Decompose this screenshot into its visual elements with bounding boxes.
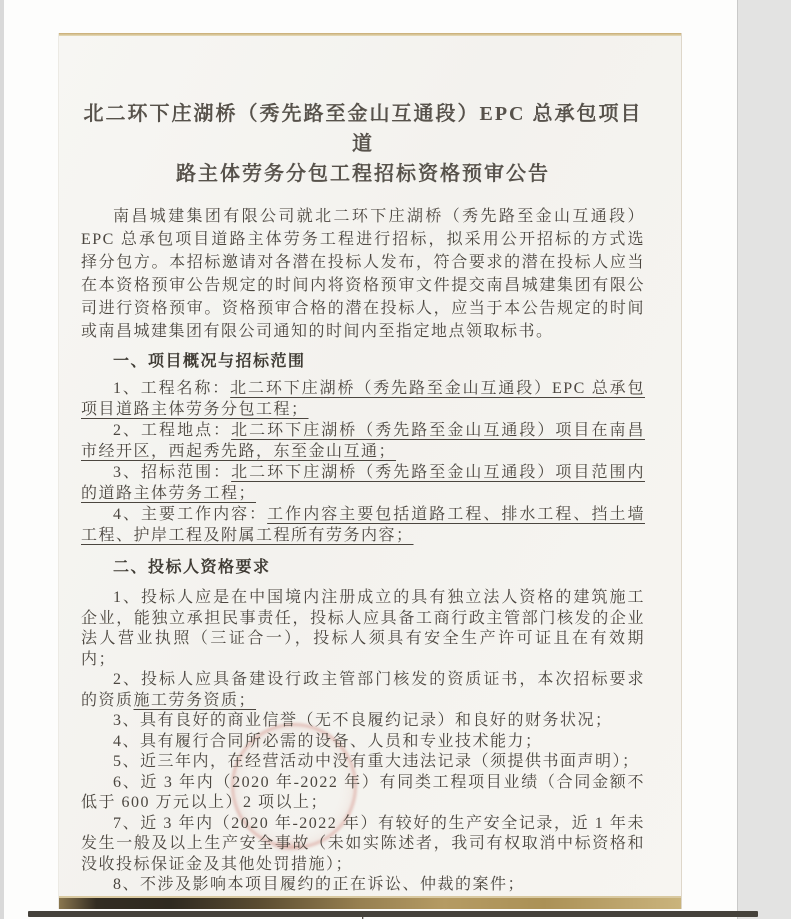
document-title: 北二环下庄湖桥（秀先路至金山互通段）EPC 总承包项目道 路主体劳务分包工程招标… <box>81 99 645 189</box>
section2-item-5: 5、近三年内，在经营活动中没有重大违法记录（须提供书面声明）； <box>81 752 645 773</box>
scan-left-edge <box>0 0 4 919</box>
scan-bottom-edge <box>28 911 758 917</box>
section2-item-2: 2、投标人应具备建设行政主管部门核发的资质证书，本次招标要求的资质施工劳务资质； <box>81 670 645 711</box>
document-title-line1: 北二环下庄湖桥（秀先路至金山互通段）EPC 总承包项目道 <box>81 99 645 159</box>
item-label: 3、招标范围： <box>113 464 231 481</box>
section2-item-1: 1、投标人应是在中国境内注册成立的具有独立法人资格的建筑施工企业，能独立承担民事… <box>81 588 645 670</box>
section2-item-4: 4、具有履行合同所必需的设备、人员和专业技术能力； <box>81 732 645 753</box>
item-label: 2、工程地点： <box>113 422 231 439</box>
section1-item-3: 3、招标范围：北二环下庄湖桥（秀先路至金山互通段）项目范围内的道路主体劳务工程； <box>81 462 645 504</box>
section1-heading: 一、项目概况与招标范围 <box>81 351 645 373</box>
section2-item-7: 7、近 3 年内（2020 年-2022 年）有较好的生产安全记录，近 1 年未… <box>81 814 645 876</box>
section2-item-8: 8、不涉及影响本项目履约的正在诉讼、仲裁的案件； <box>81 875 645 896</box>
scanned-page: 北二环下庄湖桥（秀先路至金山互通段）EPC 总承包项目道 路主体劳务分包工程招标… <box>58 33 682 909</box>
section1-item-4: 4、主要工作内容：工作内容主要包括道路工程、排水工程、挡土墙工程、护岸工程及附属… <box>81 504 645 546</box>
section1-item-1: 1、工程名称：北二环下庄湖桥（秀先路至金山互通段）EPC 总承包项目道路主体劳务… <box>81 378 645 420</box>
section1-item-2: 2、工程地点：北二环下庄湖桥（秀先路至金山互通段）项目在南昌市经开区，西起秀先路… <box>81 420 645 462</box>
item-label: 4、主要工作内容： <box>113 506 267 523</box>
viewer-side-panel <box>737 0 791 919</box>
section2-item-6: 6、近 3 年内（2020 年-2022 年）有同类工程项目业绩（合同金额不低于… <box>81 773 645 814</box>
section2-item-3: 3、具有良好的商业信誉（无不良履约记录）和良好的财务状况； <box>81 711 645 732</box>
intro-paragraph: 南昌城建集团有限公司就北二环下庄湖桥（秀先路至金山互通段）EPC 总承包项目道路… <box>81 205 645 343</box>
item-label: 1、工程名称： <box>113 380 230 397</box>
item-underlined-value: 施工劳务资质； <box>134 692 257 709</box>
section2-heading: 二、投标人资格要求 <box>81 557 645 579</box>
document-title-line2: 路主体劳务分包工程招标资格预审公告 <box>81 159 645 189</box>
document-body: 北二环下庄湖桥（秀先路至金山互通段）EPC 总承包项目道 路主体劳务分包工程招标… <box>59 33 681 919</box>
